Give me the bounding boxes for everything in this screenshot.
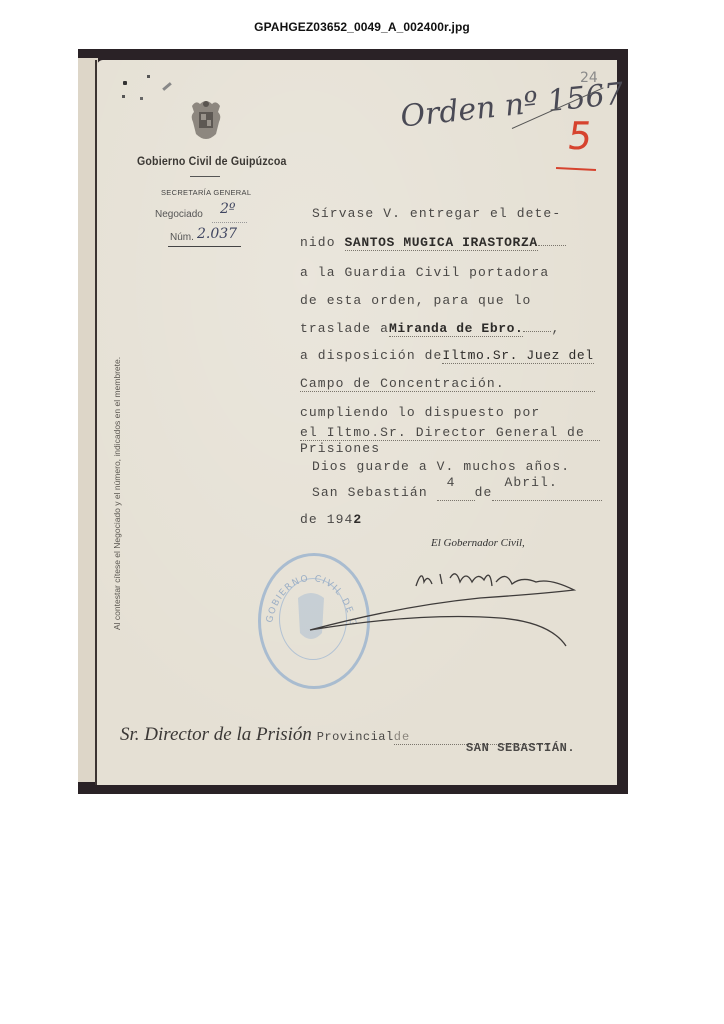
signatory-title: El Gobernador Civil,: [431, 537, 525, 549]
addressee-printed: Sr. Director de la Prisión: [120, 724, 312, 745]
num-underline: [168, 246, 241, 247]
body-line-6: a disposición deIltmo.Sr. Juez del: [300, 348, 594, 363]
divider: [190, 176, 220, 177]
body-line-7: Campo de Concentración.: [300, 376, 595, 392]
body-line-4: de esta orden, para que lo: [300, 293, 531, 308]
year-digit: 2: [353, 512, 361, 527]
authority-part-1: Iltmo.Sr. Juez del: [442, 348, 593, 364]
year-line: de 1942: [300, 512, 362, 527]
file-title: GPAHGEZ03652_0049_A_002400r.jpg: [0, 20, 724, 34]
addressee-city: SAN SEBASTIÁN.: [466, 741, 575, 755]
negociado-value: 2º: [220, 201, 236, 217]
body-text: a disposición de: [300, 348, 442, 363]
destination: Miranda de Ebro.: [389, 321, 523, 337]
day: 4: [447, 475, 456, 490]
body-line-1: Sírvase V. entregar el dete-: [312, 206, 561, 221]
year-prefix: de 194: [300, 512, 353, 527]
date-line: San Sebastián 4 de Abril.: [312, 485, 602, 501]
body-line-3: a la Guardia Civil portadora: [300, 265, 549, 280]
negociado-label: Negociado: [155, 209, 203, 220]
signature-icon: [300, 560, 590, 650]
letterhead-title: Gobierno Civil de Guipúzcoa: [137, 156, 287, 168]
date-de: de: [475, 485, 493, 500]
side-instruction: Al contestar cítese el Negociado y el nú…: [112, 357, 122, 630]
negociado-underline: [212, 222, 247, 223]
coat-of-arms-icon: [186, 98, 226, 144]
authority-part-2: Campo de Concentración.: [300, 376, 505, 391]
body-line-9: el Iltmo.Sr. Director General de: [300, 425, 600, 441]
punch-marks: [120, 75, 180, 115]
detainee-name: SANTOS MUGICA IRASTORZA: [345, 235, 538, 251]
body-line-5: traslade aMiranda de Ebro.,: [300, 321, 560, 336]
addressee-typed: Provincial: [317, 730, 394, 744]
num-value: 2.037: [197, 226, 237, 242]
body-text: nido: [300, 235, 336, 250]
body-line-8: cumpliendo lo dispuesto por: [300, 405, 540, 420]
closing-line: Dios guarde a V. muchos años.: [312, 459, 570, 474]
body-line-2: nido SANTOS MUGICA IRASTORZA: [300, 235, 566, 250]
department-label: SECRETARÍA GENERAL: [161, 188, 251, 197]
de-text: de: [394, 730, 411, 744]
body-text: traslade a: [300, 321, 389, 336]
num-label: Núm.: [170, 232, 194, 243]
month: Abril.: [504, 475, 557, 490]
place: San Sebastián: [312, 485, 428, 500]
body-line-10: Prisiones: [300, 441, 380, 456]
pencil-page-number: 24: [580, 70, 598, 86]
comma: ,: [551, 321, 560, 336]
